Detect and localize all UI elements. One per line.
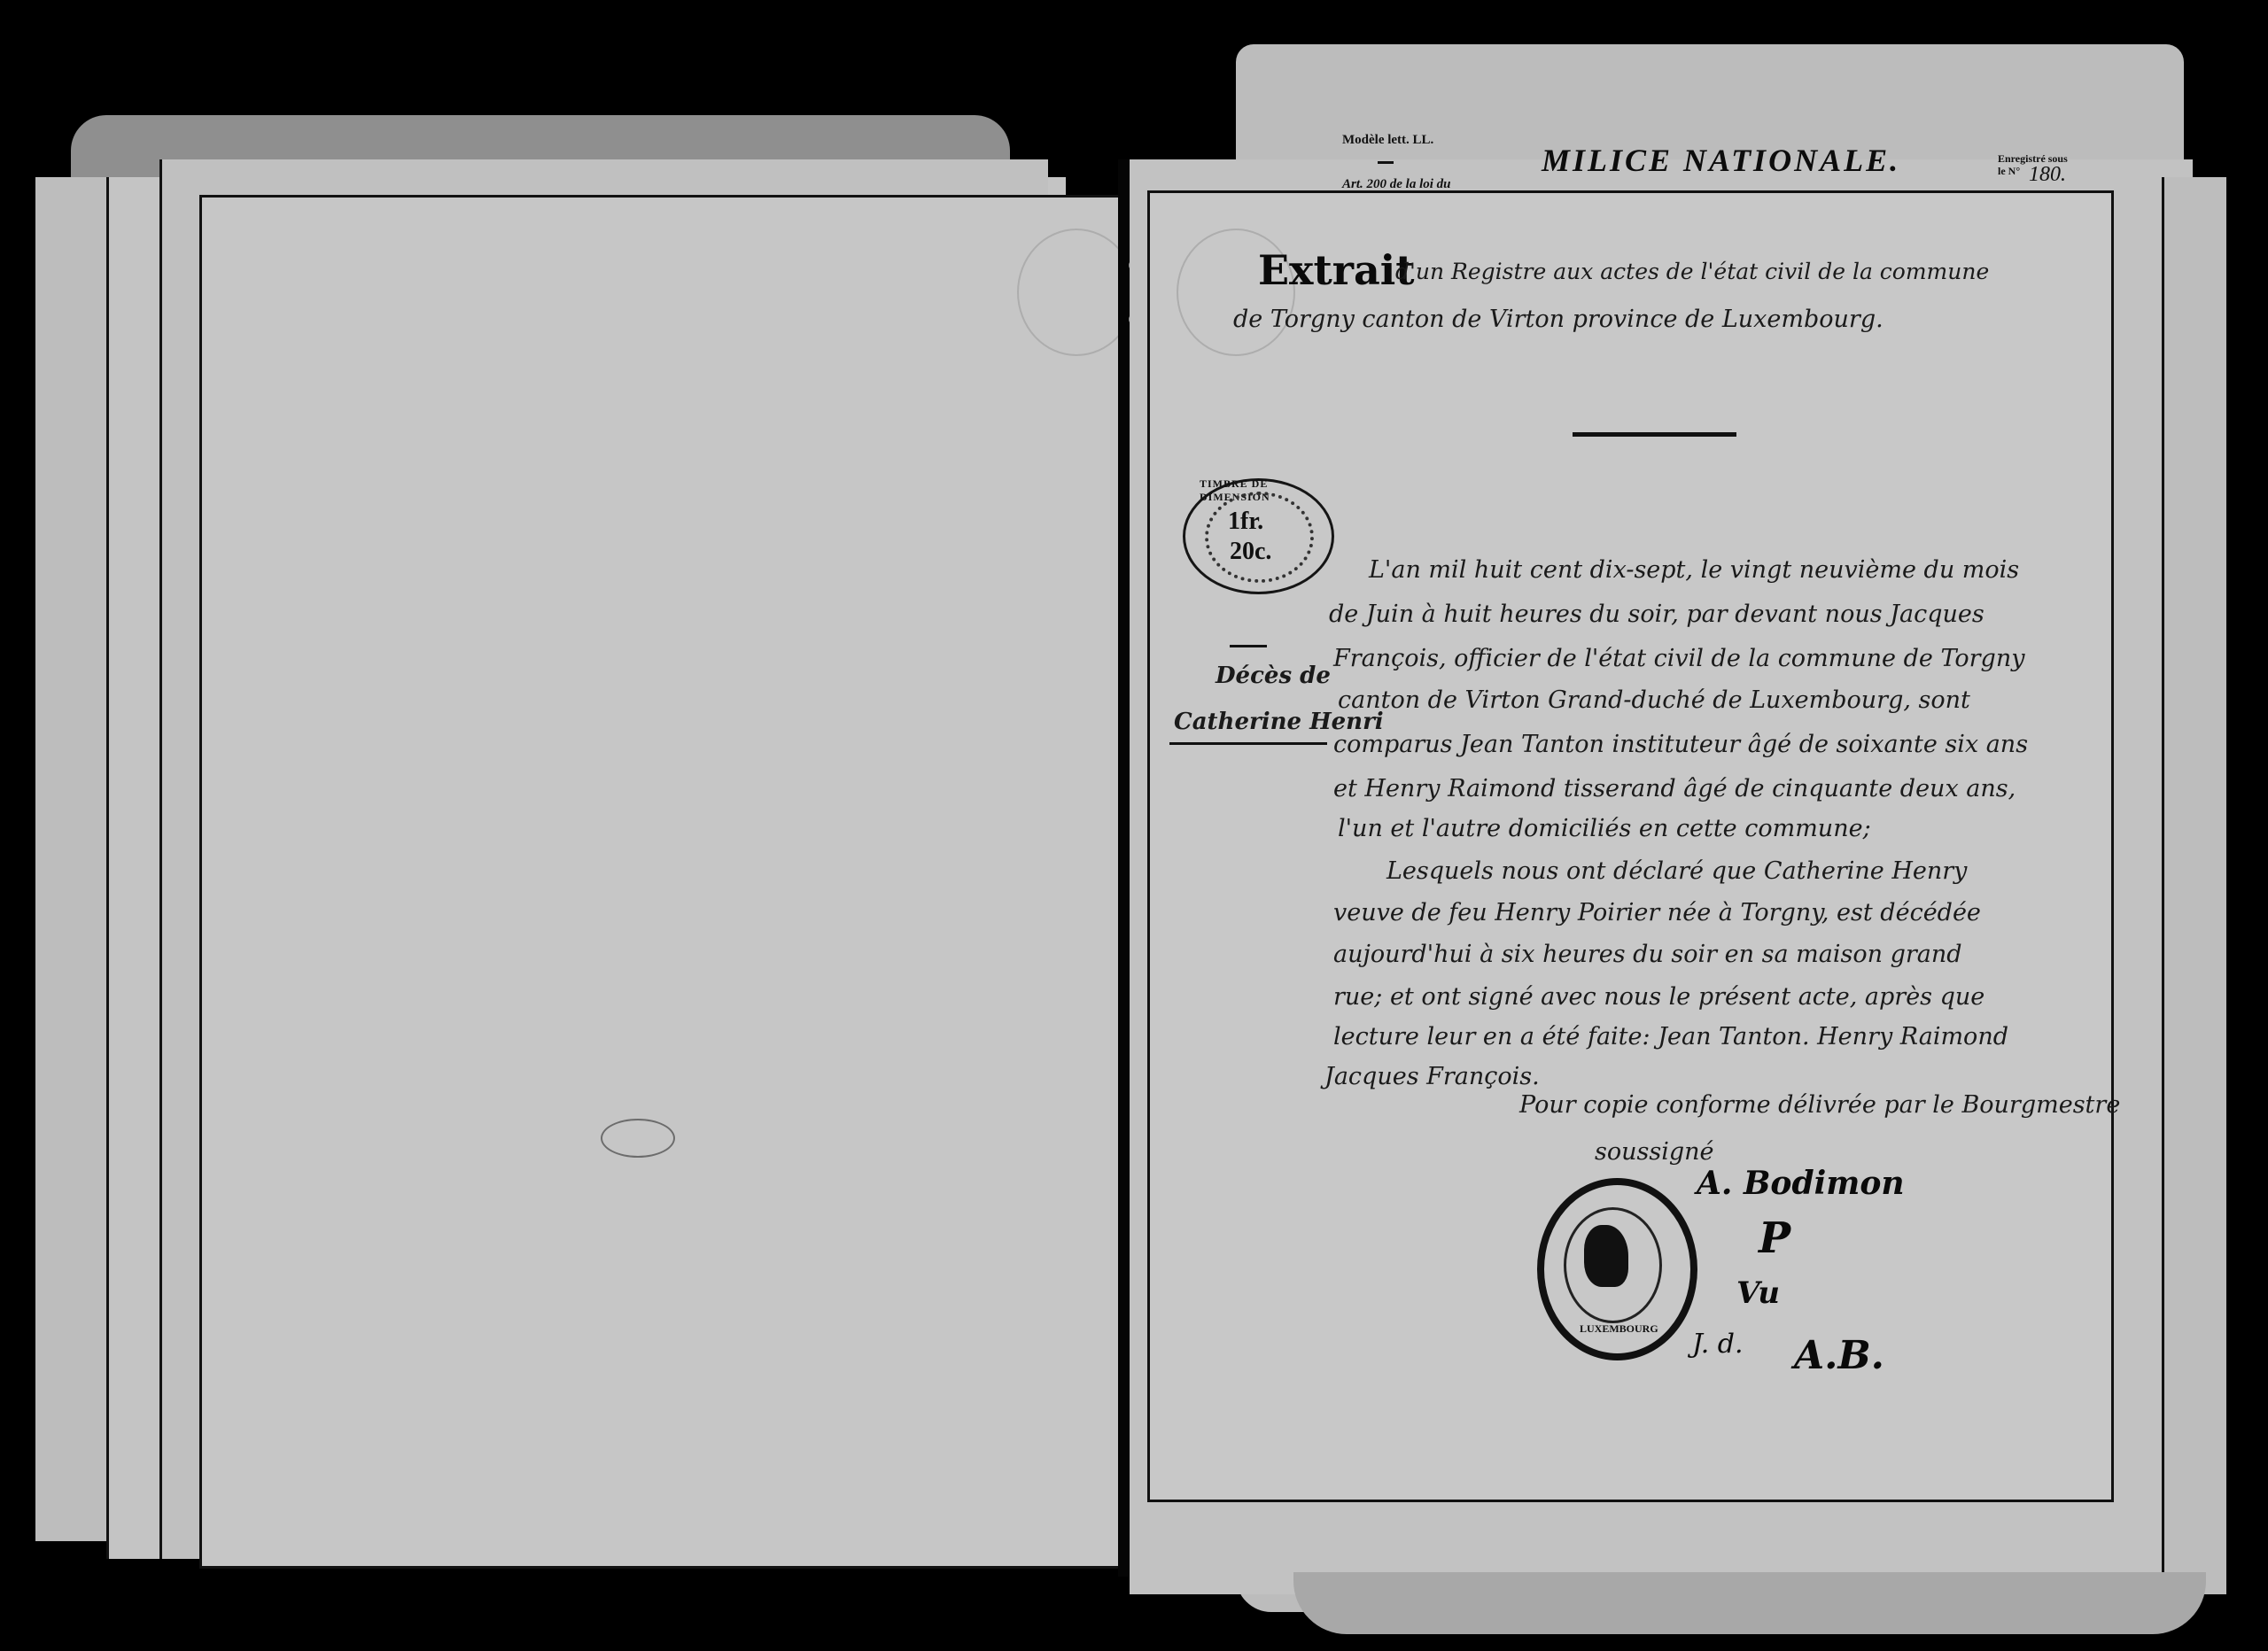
- signature-paraph: P: [1759, 1213, 1790, 1263]
- right-edge-flap: [2162, 177, 2226, 1594]
- lion-emblem-icon: [1584, 1225, 1628, 1287]
- body-line: Lesquels nous ont déclaré que Catherine …: [1386, 857, 1967, 885]
- signature-prefix: J. d.: [1692, 1329, 1744, 1360]
- municipal-seal: LUXEMBOURG: [1537, 1178, 1697, 1360]
- seal-text: LUXEMBOURG: [1580, 1322, 1658, 1336]
- stamp-value-francs: 1fr.: [1228, 508, 1263, 536]
- body-line: lecture leur en a été faite: Jean Tanton…: [1333, 1023, 2008, 1050]
- model-label: Modèle lett. LL.: [1342, 133, 1433, 148]
- body-line: rue; et ont signé avec nous le présent a…: [1333, 983, 1984, 1011]
- margin-dash: [1230, 645, 1267, 647]
- left-blank-page: [199, 195, 1122, 1569]
- body-line: veuve de feu Henry Poirier née à Torgny,…: [1333, 899, 1981, 926]
- body-line: aujourd'hui à six heures du soir en sa m…: [1333, 941, 1962, 968]
- body-line: Jacques François.: [1324, 1063, 1540, 1090]
- margin-rule: [1169, 742, 1327, 745]
- torn-bottom-edge: [1293, 1572, 2206, 1634]
- header-dash: [1378, 161, 1394, 164]
- stamp-value-centimes: 20c.: [1230, 538, 1271, 566]
- book-spine: [1118, 159, 1129, 1577]
- body-line: canton de Virton Grand-duché de Luxembou…: [1338, 686, 1970, 714]
- margin-note-line-1: Décès de: [1216, 663, 1331, 689]
- printed-header: Modèle lett. LL. Art. 200 de la loi du M…: [1236, 106, 2148, 190]
- body-line: comparus Jean Tanton instituteur âgé de …: [1333, 731, 2028, 758]
- document-title: MILICE NATIONALE.: [1542, 142, 1900, 179]
- body-line: et Henry Raimond tisserand âgé de cinqua…: [1333, 775, 2016, 802]
- body-line: de Juin à huit heures du soir, par devan…: [1329, 601, 1984, 628]
- registered-number: 180.: [2029, 163, 2066, 187]
- certification-line-2: soussigné: [1595, 1138, 1714, 1166]
- body-line: François, officier de l'état civil de la…: [1333, 645, 2024, 672]
- heading-line-2: de Torgny canton de Virton province de L…: [1233, 306, 1884, 333]
- tax-stamp: TIMBRE DE DIMENSION 1fr. 20c.: [1183, 478, 1334, 594]
- body-line: L'an mil huit cent dix-sept, le vingt ne…: [1369, 556, 2019, 584]
- signature-bourgmestre: A. Bodimon: [1697, 1165, 1905, 1202]
- vu-mark: Vu: [1736, 1275, 1780, 1311]
- faint-stamp-icon: [601, 1119, 675, 1158]
- extrait-heading: Extrait: [1258, 246, 1415, 294]
- certification-line-1: Pour copie conforme délivrée par le Bour…: [1519, 1091, 2120, 1119]
- body-line: l'un et l'autre domiciliés en cette comm…: [1338, 815, 1871, 842]
- separator-rule: [1573, 432, 1736, 437]
- heading-line-1: d'un Registre aux actes de l'état civil …: [1395, 259, 1989, 284]
- signature-commissioner: A.B.: [1794, 1333, 1884, 1378]
